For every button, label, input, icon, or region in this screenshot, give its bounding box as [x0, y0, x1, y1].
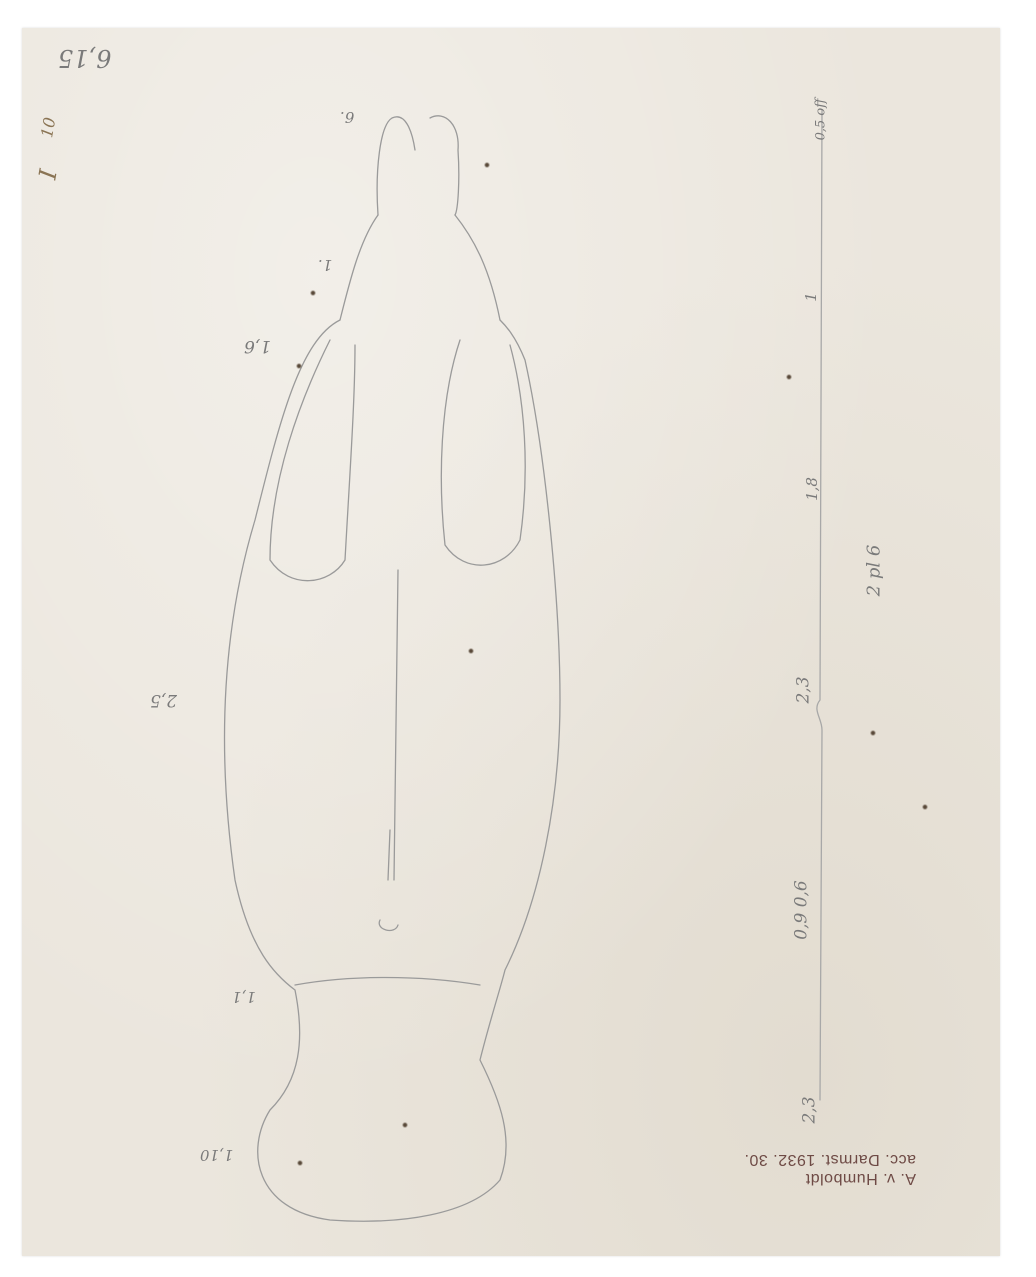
foxing-spot: [296, 363, 302, 369]
scale-label-0: 0,5 off: [813, 99, 828, 141]
foxing-spot: [922, 804, 928, 810]
stamp-line-2: acc. Darmst. 1932. 30.: [736, 1150, 916, 1169]
corner-number: 6,15: [58, 44, 111, 72]
scale-label-4: 0,9 0,6: [792, 880, 812, 939]
label-tail: 1,10: [200, 1146, 233, 1164]
foxing-spot: [297, 1160, 303, 1166]
scale-label-5: 2,3: [800, 1096, 820, 1123]
label-snout: 6.: [340, 108, 354, 126]
scale-label-1: 1: [802, 292, 820, 302]
folio-number: 10: [37, 116, 59, 139]
scale-label-3: 2,3: [794, 676, 814, 703]
foxing-spot: [484, 162, 490, 168]
label-tail-base: 1,1: [232, 988, 256, 1006]
stamp-line-1: A. v. Humboldt: [736, 1169, 916, 1188]
foxing-spot: [870, 730, 876, 736]
manatee-sketch: [0, 0, 1036, 1277]
label-flippers: 1,6: [244, 336, 271, 356]
foxing-spot: [786, 374, 792, 380]
scale-label-2: 1,8: [803, 477, 821, 501]
label-midbody: 2,5: [150, 690, 177, 710]
foxing-spot: [468, 648, 474, 654]
foxing-spot: [402, 1122, 408, 1128]
label-head: 1.: [318, 256, 332, 274]
foxing-spot: [310, 290, 316, 296]
side-note: 2 pl 6: [863, 545, 884, 597]
provenance-stamp: A. v. Humboldt acc. Darmst. 1932. 30.: [736, 1150, 916, 1188]
